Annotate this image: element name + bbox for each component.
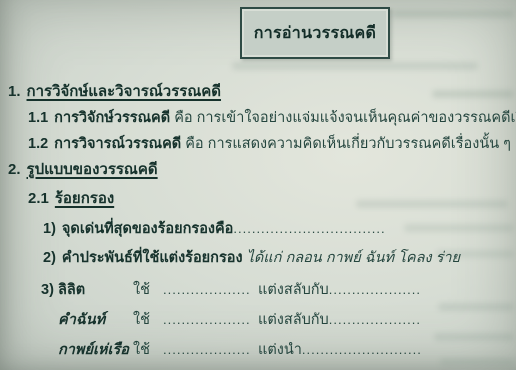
subsection-2-1-heading-text: ร้อยกรอง xyxy=(55,190,114,207)
section-2-heading-text: รูปแบบของวรรณคดี xyxy=(27,161,158,178)
question-2-connector: ได้แก่ xyxy=(247,250,282,266)
row-lead-label: แต่งนำ xyxy=(258,340,302,360)
question-1-text: จุดเด่นที่สุดของร้อยกรองคือ xyxy=(62,219,233,239)
definition-1-1: 1.1การวิจักษ์วรรณคดี คือ การเข้าใจอย่างแ… xyxy=(28,108,516,128)
bleed-through-text xyxy=(392,10,514,18)
row-use-label: ใช้ xyxy=(133,340,163,360)
bleed-through-text xyxy=(356,200,508,208)
item-1-2-text: คือ การแสดงความคิดเห็นเกี่ยวกับวรรณคดีเร… xyxy=(185,136,511,152)
row-blank-1: ........................................ xyxy=(163,340,251,360)
question-2: 2)คำประพันธ์ที่ใช้แต่งร้อยกรอง ได้แก่ กล… xyxy=(43,248,460,268)
bleed-through-text xyxy=(432,90,514,98)
section-2-number: 2. xyxy=(8,161,21,178)
question-2-text: คำประพันธ์ที่ใช้แต่งร้อยกรอง xyxy=(62,250,243,266)
section-2-heading: 2.รูปแบบของวรรณคดี xyxy=(8,160,158,180)
definition-1-2: 1.2การวิจารณ์วรรณคดี คือ การแสดงความคิดเ… xyxy=(28,134,511,154)
item-1-1-number: 1.1 xyxy=(28,110,48,126)
question-3-number: 3) xyxy=(41,280,58,300)
section-1-heading: 1.การวิจักษ์และวิจารณ์วรรณคดี xyxy=(8,82,221,102)
row-alternate-label: แต่งสลับกับ xyxy=(258,280,329,300)
item-1-2-term: การวิจารณ์วรรณคดี xyxy=(54,136,181,152)
title-box: การอ่านวรรณคดี xyxy=(240,7,390,59)
row-blank-2: ........................................… xyxy=(302,340,422,360)
subsection-2-1-number: 2.1 xyxy=(28,190,49,207)
question-2-list: กลอน กาพย์ ฉันท์ โคลง ร่าย xyxy=(285,250,460,266)
page-title: การอ่านวรรณคดี xyxy=(254,21,377,46)
row-term: กาพย์เห่เรือ xyxy=(58,340,133,360)
bleed-through-text xyxy=(438,303,514,311)
question-2-number: 2) xyxy=(43,250,56,266)
row-blank-1: ........................................ xyxy=(163,310,251,330)
row-alternate-label: แต่งสลับกับ xyxy=(258,310,329,330)
bleed-through-text xyxy=(440,358,514,366)
bleed-through-text xyxy=(434,333,514,341)
subsection-2-1-heading: 2.1ร้อยกรอง xyxy=(28,189,114,209)
bleed-through-text xyxy=(232,62,478,70)
row-blank-2: ........................................… xyxy=(329,280,422,300)
row-term: ลิลิต xyxy=(58,280,133,300)
item-1-1-text: คือ การเข้าใจอย่างแจ่มแจ้งจนเห็นคุณค่าขอ… xyxy=(174,110,516,126)
row-use-label: ใช้ xyxy=(133,310,163,330)
worksheet-page: การอ่านวรรณคดี 1.การวิจักษ์และวิจารณ์วรร… xyxy=(0,0,516,370)
section-1-heading-text: การวิจักษ์และวิจารณ์วรรณคดี xyxy=(27,83,222,100)
question-3-row-kaphoruea: กาพย์เห่เรือ ใช้ .......................… xyxy=(41,340,422,360)
item-1-1-term: การวิจักษ์วรรณคดี xyxy=(54,110,170,126)
question-3-row-lilit: 3) ลิลิต ใช้ ...........................… xyxy=(41,280,422,300)
question-1: 1)จุดเด่นที่สุดของร้อยกรองคือ...........… xyxy=(43,219,385,239)
row-use-label: ใช้ xyxy=(133,280,163,300)
section-1-number: 1. xyxy=(8,83,21,100)
row-term: คำฉันท์ xyxy=(58,310,133,330)
bleed-through-text xyxy=(404,224,514,232)
item-1-2-number: 1.2 xyxy=(28,136,48,152)
question-3-row-khamchan: คำฉันท์ ใช้ ............................… xyxy=(41,310,422,330)
row-blank-2: ........................................… xyxy=(329,310,422,330)
row-blank-1: ........................................ xyxy=(163,280,251,300)
question-1-number: 1) xyxy=(43,219,56,239)
question-1-blank: ........................................… xyxy=(233,219,385,239)
